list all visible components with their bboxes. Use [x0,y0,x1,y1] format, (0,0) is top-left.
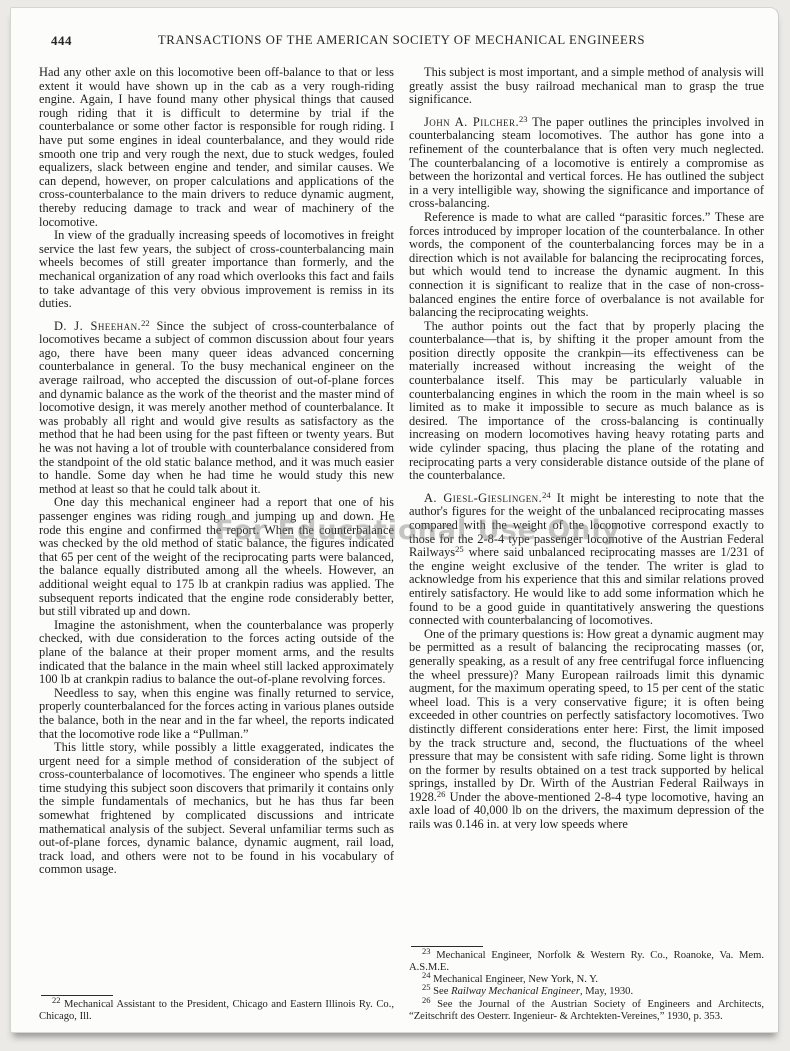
paragraph: This little story, while possibly a litt… [39,741,394,877]
page-content: 444 TRANSACTIONS OF THE AMERICAN SOCIETY… [11,8,778,1023]
right-column: This subject is most important, and a si… [409,66,764,1023]
footnote: 25 See Railway Mechanical Engineer, May,… [409,986,764,998]
paragraph: D. J. Sheehan.22 Since the subject of cr… [39,320,394,497]
left-column-footnotes: 22 Mechanical Assistant to the President… [39,999,394,1023]
paragraph: Had any other axle on this locomotive be… [39,66,394,229]
journal-title: TRANSACTIONS OF THE AMERICAN SOCIETY OF … [39,32,764,48]
footnote: 24 Mechanical Engineer, New York, N. Y. [409,974,764,986]
left-column-footnote-block: 22 Mechanical Assistant to the President… [39,989,394,1023]
paragraph: One of the primary questions is: How gre… [409,628,764,832]
paragraph: The author points out the fact that by p… [409,320,764,483]
scanned-page: 444 TRANSACTIONS OF THE AMERICAN SOCIETY… [10,7,779,1033]
two-column-body: Had any other axle on this locomotive be… [39,66,764,1023]
footnote: 22 Mechanical Assistant to the President… [39,999,394,1023]
paragraph: A. Giesl-Gieslingen.24 It might be inter… [409,492,764,628]
footnote: 26 See the Journal of the Austrian Socie… [409,999,764,1023]
footnote: 23 Mechanical Engineer, Norfolk & Wester… [409,950,764,974]
left-column-paragraphs: Had any other axle on this locomotive be… [39,66,394,877]
right-column-footnotes: 23 Mechanical Engineer, Norfolk & Wester… [409,950,764,1023]
right-column-paragraphs: This subject is most important, and a si… [409,66,764,832]
paragraph: Needless to say, when this engine was fi… [39,687,394,741]
paragraph: Reference is made to what are called “pa… [409,211,764,320]
left-column: Had any other axle on this locomotive be… [39,66,394,1023]
right-column-footnote-block: 23 Mechanical Engineer, Norfolk & Wester… [409,940,764,1023]
paragraph: One day this mechanical engineer had a r… [39,496,394,618]
paragraph: In view of the gradually increasing spee… [39,229,394,311]
paragraph: This subject is most important, and a si… [409,66,764,107]
paragraph: John A. Pilcher.23 The paper outlines th… [409,116,764,211]
running-header: 444 TRANSACTIONS OF THE AMERICAN SOCIETY… [39,32,764,52]
paragraph: Imagine the astonishment, when the count… [39,619,394,687]
page-number: 444 [51,33,72,49]
